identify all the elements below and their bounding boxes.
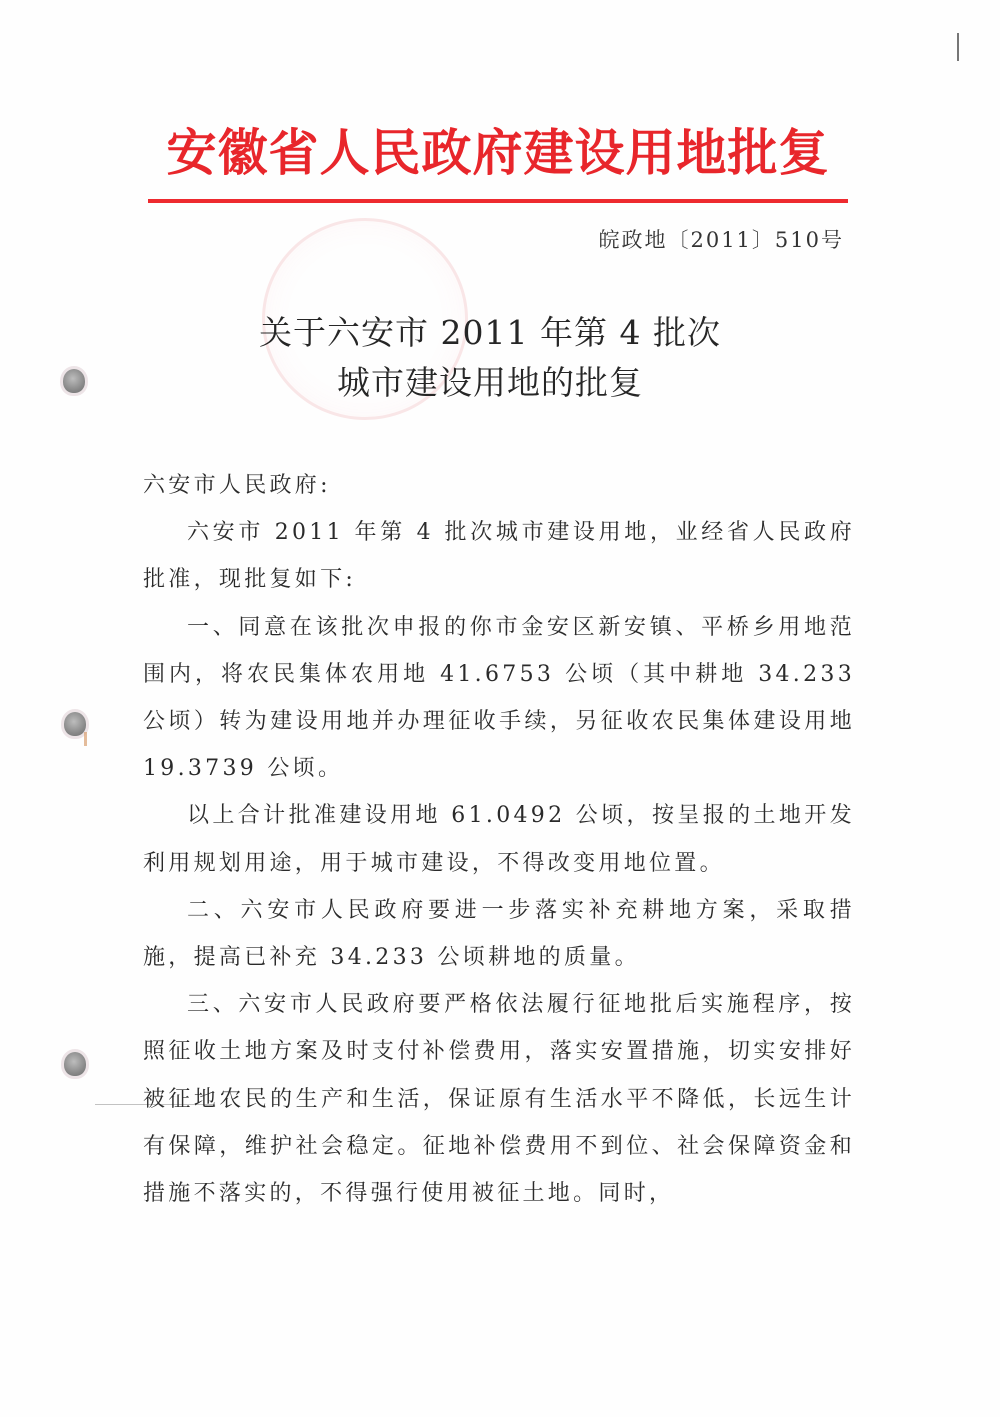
punch-hole-icon (63, 369, 85, 393)
document-page: 安徽省人民政府建设用地批复 皖政地〔2011〕510号 关于六安市 2011 年… (0, 0, 1000, 1417)
paragraph-total: 以上合计批准建设用地 61.0492 公顷，按呈报的土地开发利用规划用途，用于城… (143, 792, 855, 886)
paragraph-item-1: 一、同意在该批次申报的你市金安区新安镇、平桥乡用地范围内，将农民集体农用地 41… (143, 604, 855, 793)
paper-stain (84, 732, 87, 746)
letterhead-red-rule (148, 199, 848, 203)
paragraph-item-2: 二、六安市人民政府要进一步落实补充耕地方案，采取措施，提高已补充 34.233 … (143, 887, 855, 981)
punch-hole-icon (64, 1052, 86, 1076)
document-title-line-2: 城市建设用地的批复 (200, 358, 780, 408)
document-body: 六安市人民政府: 六安市 2011 年第 4 批次城市建设用地，业经省人民政府批… (143, 462, 855, 1217)
punch-hole-icon (64, 712, 86, 736)
paragraph-item-3: 三、六安市人民政府要严格依法履行征地批后实施程序，按照征收土地方案及时支付补偿费… (143, 981, 855, 1217)
document-title-line-1: 关于六安市 2011 年第 4 批次 (200, 308, 780, 358)
paragraph-intro: 六安市 2011 年第 4 批次城市建设用地，业经省人民政府批准，现批复如下: (143, 509, 855, 603)
salutation: 六安市人民政府: (143, 462, 855, 509)
letterhead-title: 安徽省人民政府建设用地批复 (148, 118, 848, 188)
corner-pencil-mark (957, 33, 959, 61)
document-title: 关于六安市 2011 年第 4 批次 城市建设用地的批复 (200, 308, 780, 408)
document-number: 皖政地〔2011〕510号 (560, 224, 844, 254)
